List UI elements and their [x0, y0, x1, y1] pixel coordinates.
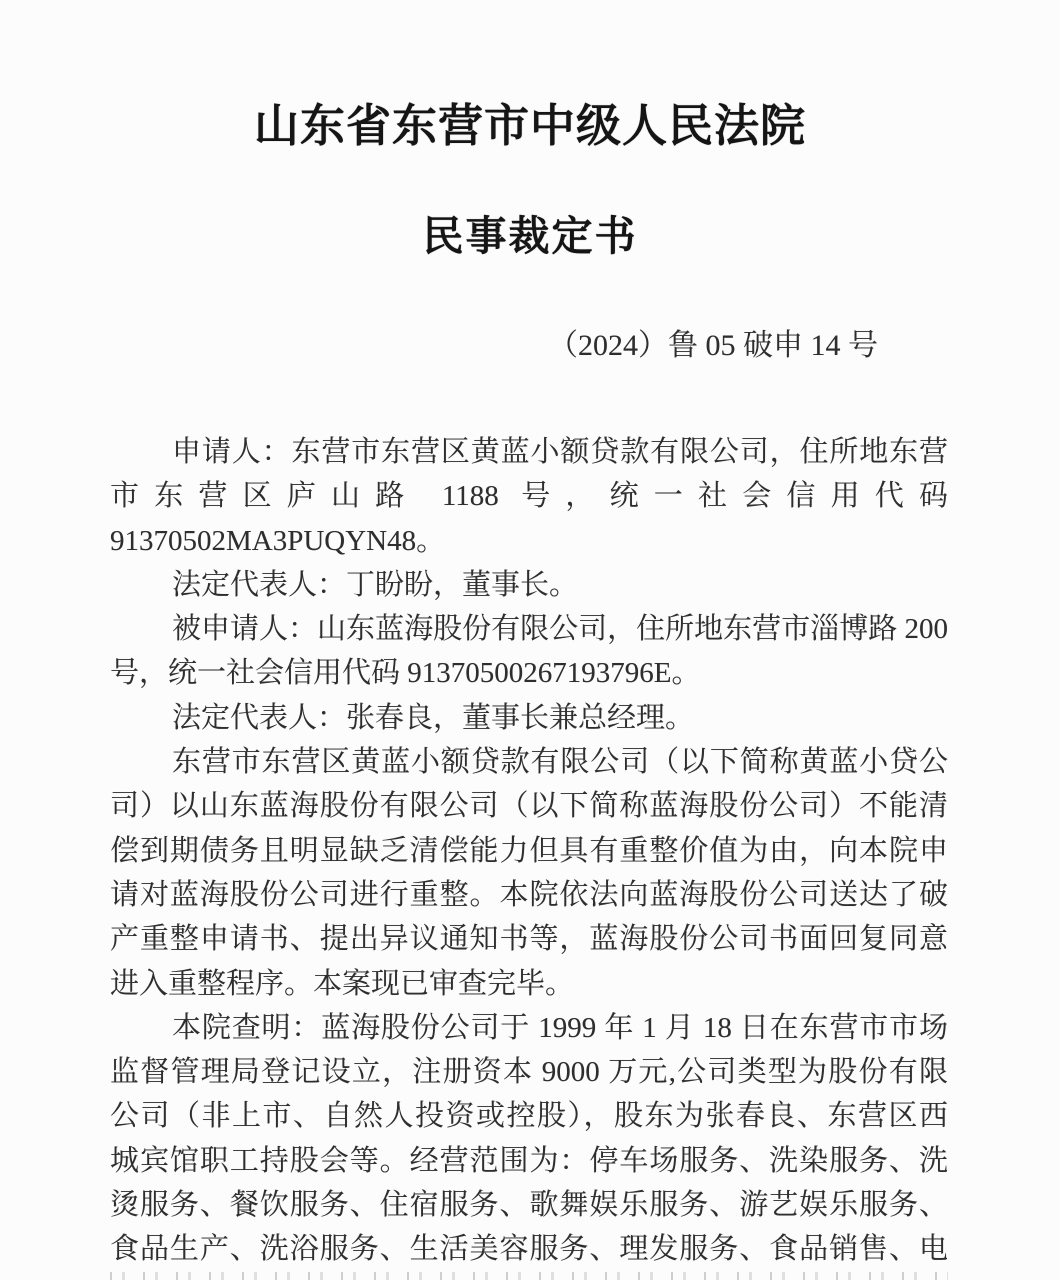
body-line: 公司（非上市、自然人投资或控股），股东为张春良、东营区西: [110, 1094, 948, 1138]
body-line: 食品生产、洗浴服务、生活美容服务、理发服务、食品销售、电: [110, 1227, 948, 1271]
body-line: 司）以山东蓝海股份有限公司（以下简称蓝海股份公司）不能清: [110, 784, 948, 828]
body-line: 被申请人：山东蓝海股份有限公司，住所地东营市淄博路 200: [110, 607, 948, 651]
body-line: 偿到期债务且明显缺乏清偿能力但具有重整价值为由，向本院申: [110, 829, 948, 873]
court-name: 山东省东营市中级人民法院: [0, 0, 1060, 156]
body-line: 法定代表人：张春良，董事长兼总经理。: [110, 696, 948, 740]
body-line: 进入重整程序。本案现已审查完毕。: [110, 962, 948, 1006]
body-line: 产重整申请书、提出异议通知书等，蓝海股份公司书面回复同意: [110, 917, 948, 961]
body-line: 请对蓝海股份公司进行重整。本院依法向蓝海股份公司送达了破: [110, 873, 948, 917]
body-line: 本院查明：蓝海股份公司于 1999 年 1 月 18 日在东营市市场: [110, 1006, 948, 1050]
document-page: 山东省东营市中级人民法院 民事裁定书 （2024）鲁 05 破申 14 号 申请…: [0, 0, 1060, 1280]
body-line: 城宾馆职工持股会等。经营范围为：停车场服务、洗染服务、洗: [110, 1139, 948, 1183]
body-line: 91370502MA3PUQYN48。: [110, 519, 948, 563]
body-line: 号，统一社会信用代码 91370500267193796E。: [110, 651, 948, 695]
body-line: 监督管理局登记设立，注册资本 9000 万元,公司类型为股份有限: [110, 1050, 948, 1094]
body-line: 烫服务、餐饮服务、住宿服务、歌舞娱乐服务、游艺娱乐服务、: [110, 1183, 948, 1227]
body-line: 东营市东营区黄蓝小额贷款有限公司（以下简称黄蓝小贷公: [110, 740, 948, 784]
body-line: 市东营区庐山路 1188 号，统一社会信用代码: [110, 474, 948, 518]
case-number: （2024）鲁 05 破申 14 号: [0, 328, 1060, 364]
body-line: 申请人：东营市东营区黄蓝小额贷款有限公司，住所地东营: [110, 430, 948, 474]
body-line: 法定代表人：丁盼盼，董事长。: [110, 563, 948, 607]
document-title: 民事裁定书: [0, 208, 1060, 264]
cutoff-next-line: [110, 1272, 948, 1280]
document-body: 申请人：东营市东营区黄蓝小额贷款有限公司，住所地东营市东营区庐山路 1188 号…: [0, 430, 1060, 1272]
